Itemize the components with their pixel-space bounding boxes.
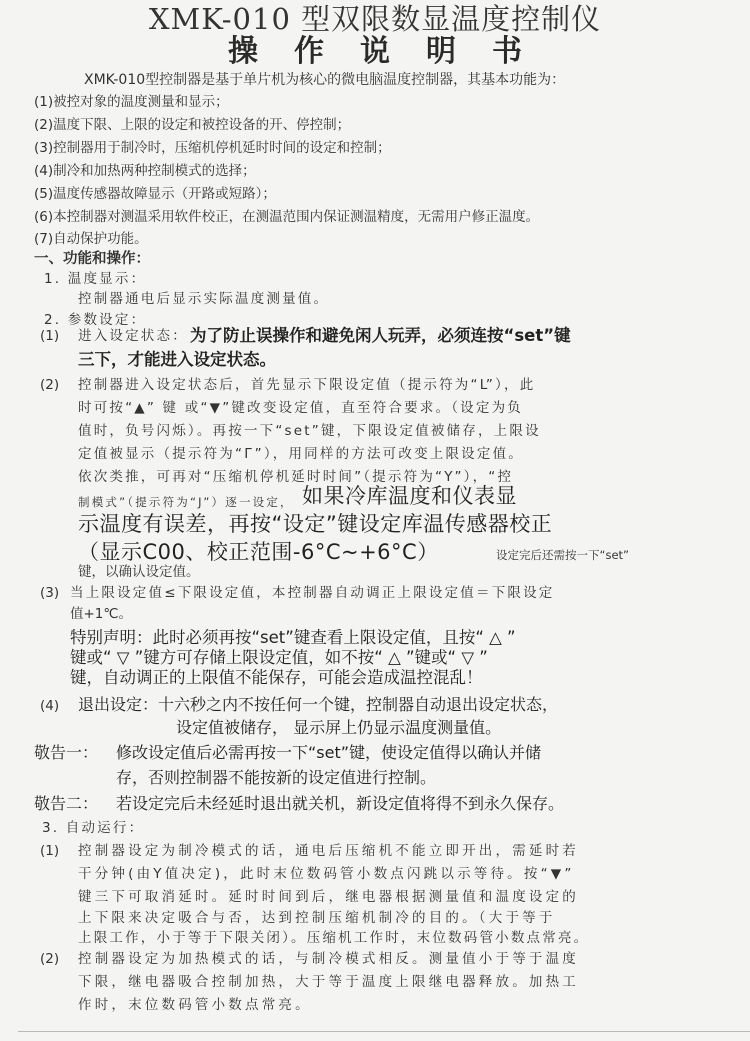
paragraph-line: 退出设定：十六秒之内不按任何一个键，控制器自动退出设定状态， [78,693,558,716]
sub-number: (1) [40,841,59,861]
sub-number: (2) [40,949,59,969]
feature-item: (2)温度下限、上限的设定和被控设备的开、停控制； [34,115,350,135]
sub-number: (1) [40,326,59,346]
warning-label: 敬告二： [34,792,98,815]
feature-item: (7)自动保护功能。 [34,229,148,249]
paragraph-line: 干分钟(由Y值决定)，此时末位数码管小数点闪跳以示等待。按“▼” [78,864,575,884]
sub-number: (3) [40,583,59,603]
paragraph-line: 制模式”（提示符为“J”）逐一设定， [78,492,294,512]
paragraph-line: 值时，负号闪烁）。再按一下“set”键，下限设定值被储存，上限设 [78,421,541,441]
feature-item: (3)控制器用于制冷时，压缩机停机延时时间的设定和控制； [34,138,391,158]
warning-label: 敬告一： [34,741,98,764]
document-subtitle: 操作说明书 [0,34,750,70]
paragraph-line: 键，以确认设定值。 [78,562,200,582]
sub-number: (4) [40,696,59,716]
warning-text: 若设定完后未经延时退出就关机，新设定值将得不到永久保存。 [116,792,564,815]
emphasis-text: 三下，才能进入设定状态。 [78,349,276,371]
item-text: 控制器通电后显示实际温度测量值。 [78,289,329,309]
item-label: 3. 自动运行： [42,818,144,838]
section-heading: 一、功能和操作： [34,249,150,269]
paragraph-line: 控制器设定为加热模式的话，与制冷模式相反。测量值小于等于温度 [78,949,579,969]
paragraph-line: 上限工作，小于等于下限关闭）。压缩机工作时，末位数码管小数点常亮。 [78,928,589,948]
bottom-divider [18,1031,750,1032]
emphasis-text: 示温度有误差，再按“设定”键设定库温传感器校正 [78,510,552,538]
paragraph-line: 下限，继电器吸合控制加热，大于等于温度上限继电器释放。加热工 [78,972,579,992]
document-title: XMK-010 型双限数显温度控制仪 [0,2,750,36]
sub-number: (2) [40,375,59,395]
feature-item: (5)温度传感器故障显示（开路或短路）； [34,184,276,204]
paragraph-line: 定值被显示（提示符为“Г”），用同样的方法可改变上限设定值。 [78,444,524,464]
paragraph-line: 值+1℃。 [70,604,132,624]
feature-item: (1)被控对象的温度测量和显示； [34,92,229,112]
warning-text: 修改设定值后必需再按一下“set”键，使设定值得以确认并储 [116,741,541,764]
paragraph-line: 键三下可取消延时。延时时间到后，继电器根据测量值和温度设定的 [78,887,579,907]
paragraph-line: 作时，末位数码管小数点常亮。 [78,995,312,1015]
paragraph-line: 上下限来决定吸合与否，达到控制压缩机制冷的目的。（大于等于 [78,908,556,928]
manual-page: XMK-010 型双限数显温度控制仪 操作说明书 XMK-010型控制器是基于单… [0,0,750,1041]
paragraph-line: 设定完后还需按一下“set” [496,545,629,565]
paragraph-line: 控制器设定为制冷模式的话，通电后压缩机不能立即开出，需延时若 [78,841,579,861]
notice-line: 特别声明：此时必须再按“set”键查看上限设定值，且按“ △ ” [70,627,516,649]
emphasis-text: 为了防止误操作和避免闲人玩弄，必须连按“set”键 [190,325,571,347]
item-label: 1. 温度显示： [44,269,146,289]
paragraph-line: 当上限设定值≤下限设定值，本控制器自动调正上限设定值＝下限设定 [70,583,555,603]
feature-item: (6)本控制器对测温采用软件校正，在测温范围内保证测温精度，无需用户修正温度。 [34,207,539,227]
warning-text: 存，否则控制器不能按新的设定值进行控制。 [116,766,436,789]
paragraph-line: 时可按“▲” 键 或“▼”键改变设定值，直至符合要求。（设定为负 [78,398,523,418]
paragraph-line: 控制器进入设定状态后，首先显示下限设定值（提示符为“L”），此 [78,375,535,395]
feature-item: (4)制冷和加热两种控制模式的选择； [34,161,256,181]
intro-text: XMK-010型控制器是基于单片机为核心的微电脑温度控制器，其基本功能为： [84,70,565,90]
sub-lead: 进入设定状态： [78,326,188,346]
emphasis-text: 如果冷库温度和仪表显 [302,482,517,510]
notice-line: 键，自动调正的上限值不能保存，可能会造成温控混乱！ [70,667,483,689]
paragraph-line: 设定值被储存， 显示屏上仍显示温度测量值。 [176,716,501,739]
notice-line: 键或“ ▽ ”键方可存储上限设定值，如不按“ △ ”键或“ ▽ ” [70,647,488,669]
